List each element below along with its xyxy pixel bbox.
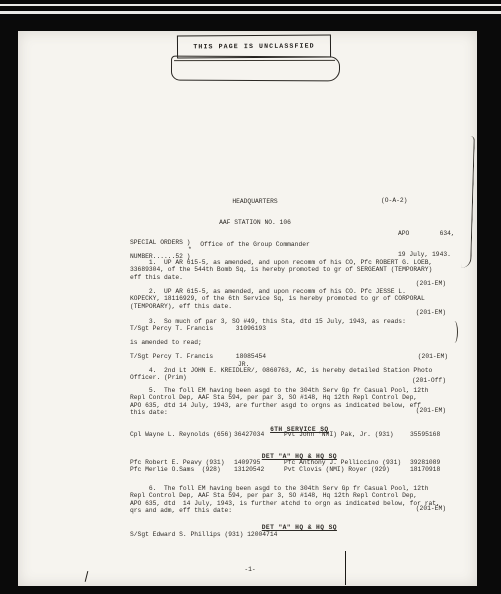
paragraph-6-ref: (201-EM) [132,505,446,512]
document-page: THIS PAGE IS UNCLASSFIED HEADQUARTERS AA… [18,31,477,586]
apo-line: APO 634, [398,230,455,237]
soldier-name: Cpl Wayne L. Reynolds (656) [130,431,234,438]
corrected-entry: T/Sgt Percy T. Francis 18085454 [130,353,266,360]
roster-row: Cpl Wayne L. Reynolds (656) 36427034 Pvt… [130,431,448,438]
date-line: 19 July, 1943. [398,251,455,258]
soldier-serial: 18170918 [410,466,448,473]
special-orders-label: SPECIAL ORDERS ) [130,239,190,246]
paragraph-1: 1. UP AR 615-5, as amended, and upon rec… [130,259,448,281]
soldier-name: Pfc Merlie O.Sams (928) [130,466,234,473]
letterhead-org: HEADQUARTERS [130,198,380,205]
paragraph-2-ref: (201-EM) [132,309,446,316]
letterhead: HEADQUARTERS AAF STATION NO. 106 Office … [130,183,380,263]
soldier-name: Pvt Clovis (NMI) Royer (929) [284,466,410,473]
paragraph-4-ref: (201-Off) [132,377,446,384]
paragraph-3-ref: (201-EM) [418,353,448,360]
soldier-entry: S/Sgt Edward S. Phillips (931) 12004714 [130,531,448,538]
stamp-outline [171,56,340,82]
paragraph-1-ref: (201-EM) [132,280,446,287]
paragraph-3-corrected-line: T/Sgt Percy T. Francis 18085454 (201-EM) [130,353,448,360]
file-code: (O-A-2) [381,197,407,204]
soldier-serial: 35595168 [410,431,448,438]
soldier-serial: 36427034 [234,431,284,438]
letterhead-station: AAF STATION NO. 106 [130,219,380,226]
scan-stripe [0,11,501,14]
scanned-document: THIS PAGE IS UNCLASSFIED HEADQUARTERS AA… [0,0,501,594]
scan-stripe [0,4,501,6]
unclassified-stamp-text: THIS PAGE IS UNCLASSFIED [193,43,314,51]
paragraph-2: 2. UP AR 615-5, as amended, and upon rec… [130,288,448,310]
soldier-serial: 13120542 [234,466,284,473]
paragraph-5-ref: (201-EM) [132,407,446,414]
soldier-name: Pvt John 'NMI) Pak, Jr. (931) [284,431,410,438]
paragraph-3-intro: 3. So much of par 3, SO #49, this Sta, d… [130,318,448,333]
paragraph-3-amend: is amended to read; [130,339,448,346]
page-number: -1- [130,566,370,573]
roster-row: Pfc Merlie O.Sams (928) 13120542 Pvt Clo… [130,466,448,473]
